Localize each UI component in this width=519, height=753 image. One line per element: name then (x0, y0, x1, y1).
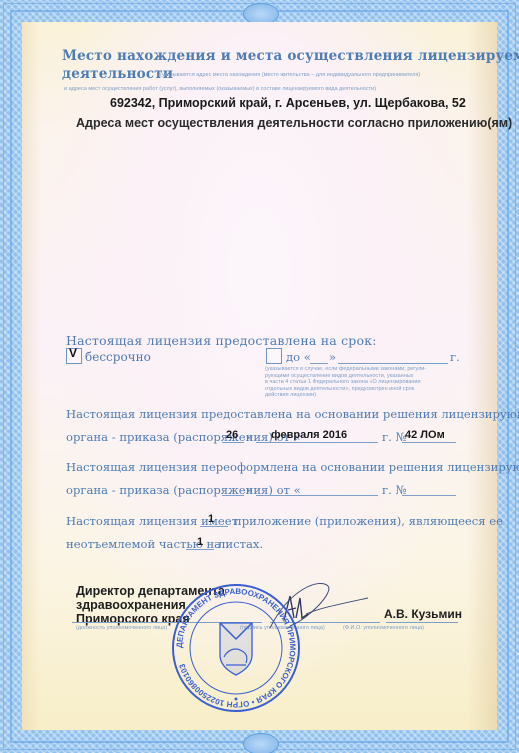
check-mark-icon: V (69, 346, 77, 360)
granted-order-number: 42 ЛОм (405, 429, 445, 441)
location-heading-activity: деятельности (62, 66, 173, 82)
reissued-date-line (256, 495, 378, 496)
term-until-checkbox (266, 348, 282, 364)
term-until-day-line (310, 363, 328, 364)
sheets-count: 1 (197, 536, 203, 548)
term-until-quote: » (329, 350, 336, 364)
granted-number-line (402, 442, 456, 443)
position-caption: (должность уполномоченного лица) (76, 625, 167, 631)
granted-month-year: февраля 2016 (271, 429, 347, 441)
granted-day-line (222, 442, 244, 443)
reissued-day-line (222, 495, 244, 496)
reissued-quote-close: » (246, 483, 253, 497)
addresses-per-appendix: Адреса мест осуществления деятельности с… (76, 116, 512, 130)
attachments-count-line (200, 526, 228, 527)
official-stamp: ДЕПАРТАМЕНТ ЗДРАВООХРАНЕНИЯ ПРИМОРСКОГО … (166, 583, 306, 713)
granted-date-line (256, 442, 378, 443)
attachments-line-1-suffix: приложение (приложения), являющееся ее (234, 514, 503, 528)
signer-name: А.В. Кузьмин (384, 607, 462, 621)
granted-day: 26 (226, 429, 238, 441)
location-note-2: и адреса мест осуществления работ (услуг… (64, 86, 376, 92)
term-heading: Настоящая лицензия предоставлена на срок… (66, 333, 377, 348)
term-until-prefix: до « (286, 350, 311, 364)
unlimited-term-label: бессрочно (85, 350, 151, 364)
term-until-note: (указывается в случае, если федеральными… (265, 366, 426, 399)
attachments-count: 1 (208, 513, 214, 525)
reissued-number-line (402, 495, 456, 496)
license-address: 692342, Приморский край, г. Арсеньев, ул… (110, 96, 466, 110)
location-note-1: (указываются адрес места нахождения (мес… (160, 72, 420, 78)
granted-quote-close: » (246, 430, 253, 444)
location-heading: Место нахождения и места осуществления л… (62, 48, 519, 64)
granted-line-1: Настоящая лицензия предоставлена на осно… (66, 407, 519, 421)
bottom-medallion-ornament (243, 733, 279, 753)
attachments-line-2-suffix: листах. (218, 537, 263, 551)
term-until-date-line (338, 363, 448, 364)
term-until-year-suffix: г. (450, 350, 460, 364)
reissued-line-1: Настоящая лицензия переоформлена на осно… (66, 460, 519, 474)
unlimited-term-checkbox: V (66, 348, 82, 364)
name-line (386, 622, 458, 623)
sheets-count-line (186, 549, 214, 550)
